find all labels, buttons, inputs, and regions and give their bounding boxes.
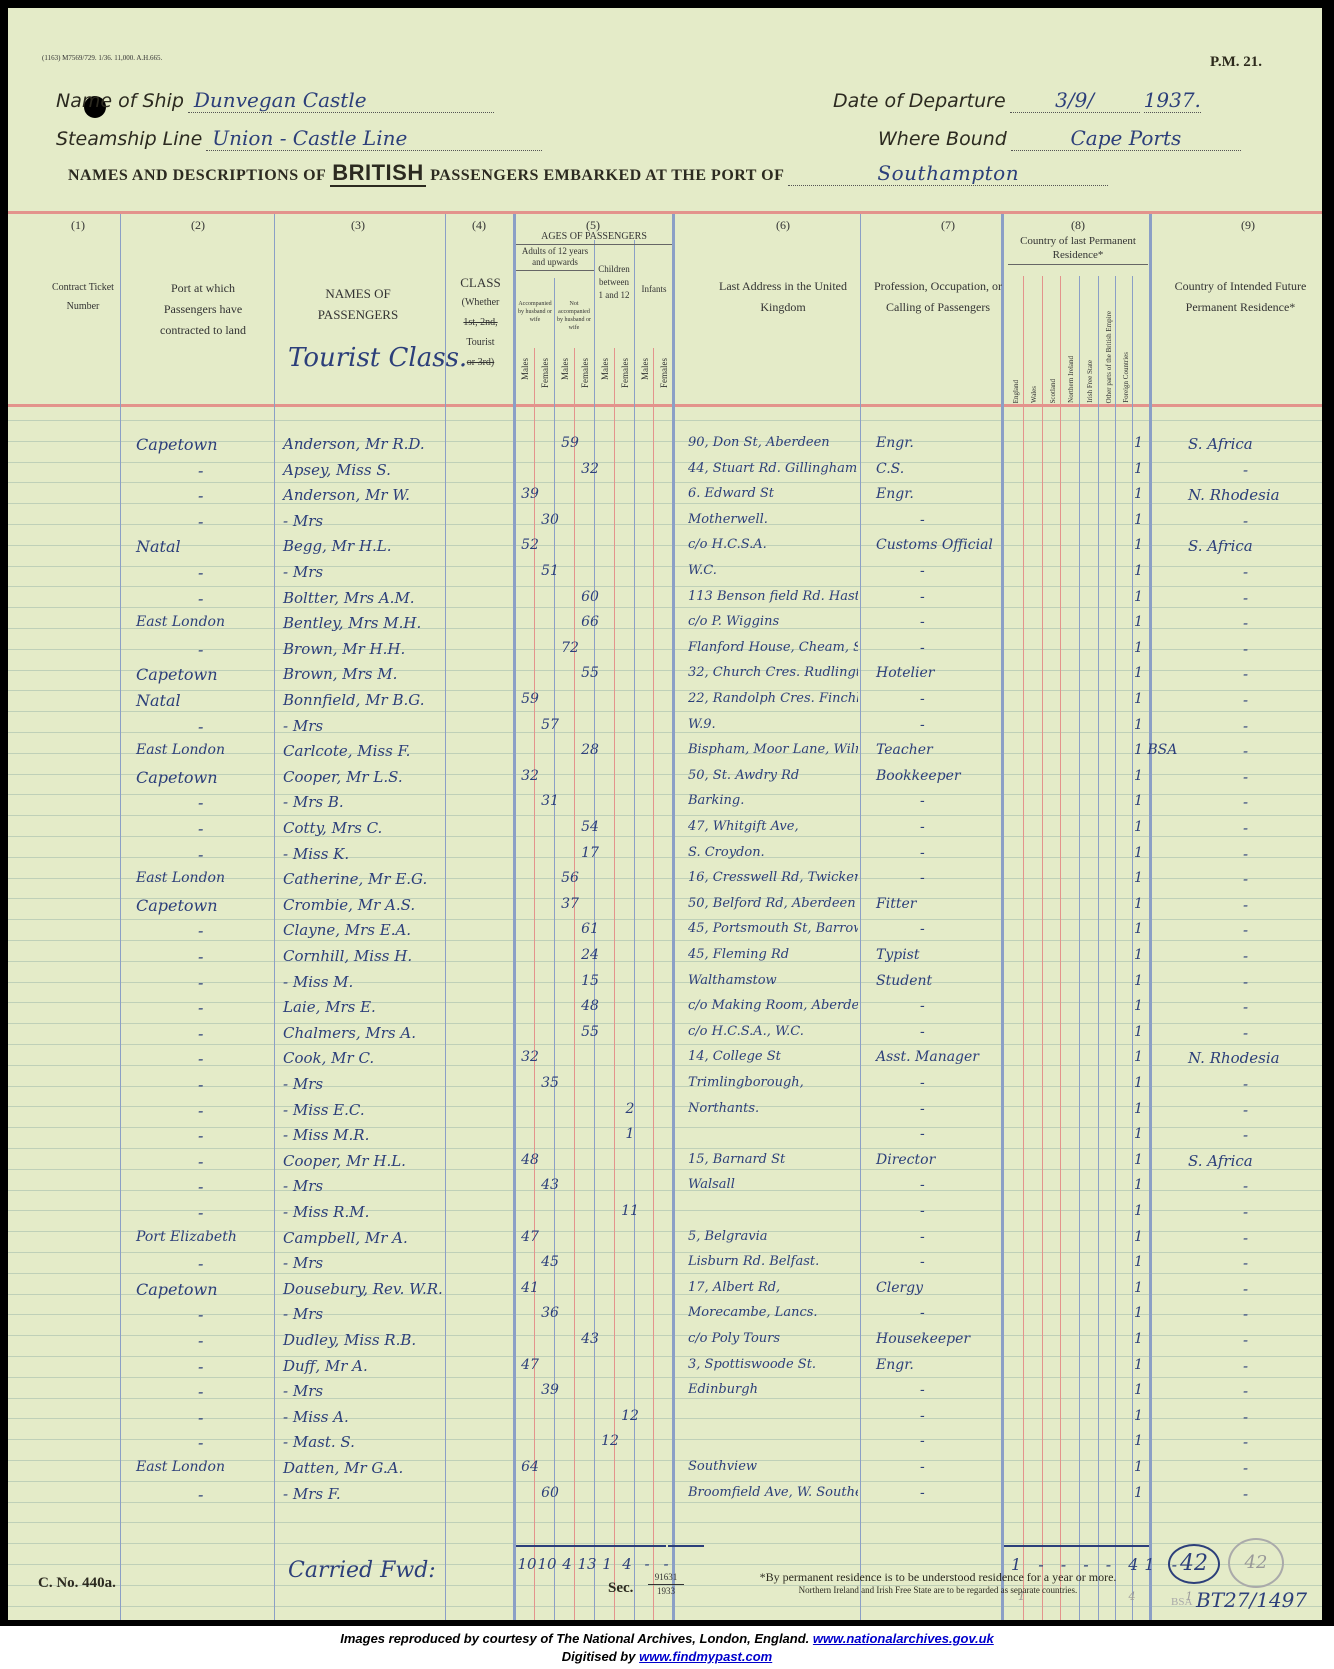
- passenger-age: 55: [580, 1024, 600, 1040]
- port-of-landing: East London: [136, 614, 225, 630]
- form-number: C. No. 440a.: [38, 1575, 116, 1592]
- last-address: c/o Making Room, Aberdeen: [688, 998, 858, 1013]
- ruled-line: [8, 420, 1322, 421]
- port-of-landing: Capetown: [136, 768, 218, 787]
- residence-subcol: [1079, 276, 1080, 1620]
- col2-number: (2): [178, 218, 218, 233]
- occupation: Director: [876, 1152, 935, 1168]
- passenger-name: Anderson, Mr W.: [283, 486, 410, 504]
- passenger-name: Catherine, Mr E.G.: [283, 870, 427, 888]
- steamship-line-field: Steamship Line Union - Castle Line: [56, 126, 542, 151]
- residence-mark: 1: [1134, 998, 1143, 1014]
- last-address: W.C.: [688, 563, 858, 578]
- residence-mark: 1: [1134, 973, 1143, 989]
- passenger-name: Campbell, Mr A.: [283, 1229, 408, 1247]
- residence-col-label: Other parts of the British Empire: [1105, 311, 1113, 403]
- ruled-line: [8, 1065, 1322, 1066]
- col-divider: [513, 214, 516, 1620]
- passenger-age: 24: [580, 947, 600, 963]
- passenger-name: Carlcote, Miss F.: [283, 742, 410, 760]
- passenger-name: Bonnfield, Mr B.G.: [283, 691, 425, 709]
- circled-total-faint: 42: [1228, 1538, 1284, 1588]
- ruled-line: [8, 1314, 1322, 1315]
- females-label: Females: [580, 358, 590, 388]
- passenger-age: 59: [520, 691, 540, 707]
- ruled-line: [8, 1127, 1322, 1128]
- last-address: Walsall: [688, 1177, 858, 1192]
- occupation: -: [920, 1229, 925, 1245]
- ruled-line: [8, 794, 1322, 795]
- residence-mark: 1: [1134, 921, 1143, 937]
- last-address: 113 Benson field Rd. Hastings: [688, 589, 858, 604]
- ruled-line: [8, 732, 1322, 733]
- last-address: Flanford House, Cheam, Surrey: [688, 640, 858, 655]
- passenger-age: 47: [520, 1357, 540, 1373]
- ruled-line: [8, 503, 1322, 504]
- last-address: 45, Fleming Rd: [688, 947, 858, 962]
- passenger-name: Cooper, Mr H.L.: [283, 1152, 406, 1170]
- residence-mark: 1: [1134, 537, 1143, 553]
- port-of-landing: -: [198, 1357, 203, 1376]
- col-divider: [1149, 214, 1152, 1620]
- last-address: 50, Belford Rd, Aberdeen: [688, 896, 858, 911]
- last-address: 22, Randolph Cres. Finchley: [688, 691, 858, 706]
- occupation: -: [920, 512, 925, 528]
- last-address: 6. Edward St: [688, 486, 858, 501]
- passenger-name: Boltter, Mrs A.M.: [283, 589, 415, 607]
- passenger-name: - Miss M.: [283, 973, 353, 991]
- ruled-line: [8, 1106, 1322, 1107]
- occupation: Fitter: [876, 896, 916, 912]
- port-of-landing: Natal: [136, 691, 181, 710]
- occupation: -: [920, 1485, 925, 1501]
- occupation: Engr.: [876, 1357, 914, 1373]
- future-residence: -: [1243, 1331, 1248, 1349]
- residence-mark: 1: [1134, 512, 1143, 528]
- occupation: -: [920, 793, 925, 809]
- future-residence: -: [1243, 1177, 1248, 1195]
- ruled-line: [8, 1002, 1322, 1003]
- passenger-age: 15: [580, 973, 600, 989]
- residence-mark: 1: [1134, 1203, 1143, 1219]
- class-note: Tourist Class.: [288, 343, 467, 373]
- last-address: Morecambe, Lancs.: [688, 1305, 858, 1320]
- future-residence: -: [1243, 461, 1248, 479]
- passenger-age: 43: [580, 1331, 600, 1347]
- future-residence: -: [1243, 1305, 1248, 1323]
- port-of-landing: -: [198, 845, 203, 864]
- ruled-line: [8, 1044, 1322, 1045]
- departure-date-value: 3/9/: [1010, 88, 1140, 113]
- passenger-age: 59: [560, 435, 580, 451]
- port-of-landing: -: [198, 589, 203, 608]
- port-of-landing: -: [198, 1075, 203, 1094]
- future-residence: -: [1243, 1433, 1248, 1451]
- ruled-line: [8, 1439, 1322, 1440]
- occupation: Clergy: [876, 1280, 923, 1296]
- port-of-landing: -: [198, 1433, 203, 1452]
- credit-text: Images reproduced by courtesy of The Nat…: [340, 1631, 809, 1646]
- passenger-age: 17: [580, 845, 600, 861]
- port-of-landing: -: [198, 1024, 203, 1043]
- passenger-name: Brown, Mrs M.: [283, 665, 397, 683]
- passenger-age: 64: [520, 1459, 540, 1475]
- totals-rule: [516, 1545, 666, 1547]
- ruled-line: [8, 857, 1322, 858]
- residence-mark: 1: [1134, 1305, 1143, 1321]
- age-total: 10: [537, 1555, 557, 1573]
- future-residence: -: [1243, 998, 1248, 1016]
- sec-number: 91631 1933: [648, 1571, 684, 1598]
- national-archives-link[interactable]: www.nationalarchives.gov.uk: [813, 1631, 994, 1646]
- port-of-landing: Capetown: [136, 896, 218, 915]
- passenger-name: Chalmers, Mrs A.: [283, 1024, 416, 1042]
- residence-mark: 1: [1134, 870, 1143, 886]
- residence-col-label: England: [1012, 380, 1020, 403]
- ruled-line: [8, 982, 1322, 983]
- occupation: -: [920, 1075, 925, 1091]
- occupation: Housekeeper: [876, 1331, 970, 1347]
- future-residence: -: [1243, 819, 1248, 837]
- port-of-landing: -: [198, 486, 203, 505]
- passenger-age: 66: [580, 614, 600, 630]
- ruled-line: [8, 1606, 1322, 1607]
- occupation: -: [920, 1459, 925, 1475]
- port-of-landing: East London: [136, 1459, 225, 1475]
- passenger-age: 51: [540, 563, 560, 579]
- passenger-age: 72: [560, 640, 580, 656]
- last-address: S. Croydon.: [688, 845, 858, 860]
- occupation: Bookkeeper: [876, 768, 961, 784]
- residence-col-label: Northern Ireland: [1067, 356, 1075, 403]
- residence-mark: 1 BSA: [1134, 742, 1177, 758]
- port-of-landing: -: [198, 563, 203, 582]
- future-residence: -: [1243, 1101, 1248, 1119]
- port-of-landing: -: [198, 947, 203, 966]
- passenger-name: - Mrs: [283, 1305, 323, 1323]
- circled-total: 42: [1168, 1544, 1220, 1584]
- accompanied-header: Accompanied by husband or wife: [516, 300, 554, 324]
- findmypast-link[interactable]: www.findmypast.com: [639, 1649, 772, 1664]
- residence-subcol: [1132, 276, 1133, 1620]
- passenger-name: Begg, Mr H.L.: [283, 537, 392, 555]
- passenger-age: 48: [520, 1152, 540, 1168]
- age-total: 1: [597, 1555, 617, 1573]
- passenger-name: - Mrs: [283, 1254, 323, 1272]
- passenger-name: - Miss A.: [283, 1408, 349, 1426]
- col-divider: [120, 214, 121, 1620]
- port-of-landing: -: [198, 998, 203, 1017]
- males-label: Males: [520, 358, 530, 380]
- col-divider: [445, 214, 446, 1620]
- residence-subcol: [1115, 276, 1116, 1620]
- occupation: Asst. Manager: [876, 1049, 979, 1065]
- port-of-landing: -: [198, 640, 203, 659]
- last-address: 14, College St: [688, 1049, 858, 1064]
- british-title: BRITISH: [330, 160, 426, 187]
- residence-mark: 1: [1134, 691, 1143, 707]
- col2-header: Port at which Passengers have contracted…: [148, 278, 258, 341]
- port-of-landing: East London: [136, 870, 225, 886]
- ruled-line: [8, 1398, 1322, 1399]
- future-residence: -: [1243, 589, 1248, 607]
- passenger-age: 52: [520, 537, 540, 553]
- ruled-line: [8, 1356, 1322, 1357]
- port-of-landing: -: [198, 1203, 203, 1222]
- residence-mark: 1: [1134, 1408, 1143, 1424]
- passenger-age: 31: [540, 793, 560, 809]
- passenger-age: 28: [580, 742, 600, 758]
- residence-mark: 1: [1134, 1254, 1143, 1270]
- residence-mark: 1: [1134, 947, 1143, 963]
- passenger-age: 61: [580, 921, 600, 937]
- col3-header: NAMES OF PASSENGERS: [308, 283, 408, 325]
- residence-mark: 1: [1134, 1280, 1143, 1296]
- port-of-landing: Capetown: [136, 435, 218, 454]
- passenger-name: Cook, Mr C.: [283, 1049, 374, 1067]
- passenger-name: Duff, Mr A.: [283, 1357, 368, 1375]
- ruled-line: [8, 711, 1322, 712]
- residence-mark: 1: [1134, 589, 1143, 605]
- ruled-line: [8, 462, 1322, 463]
- future-residence: S. Africa: [1188, 1152, 1253, 1170]
- passenger-name: Crombie, Mr A.S.: [283, 896, 415, 914]
- future-residence: -: [1243, 614, 1248, 632]
- col8-header: Country of last Permanent Residence*: [1008, 234, 1148, 265]
- passenger-age: 43: [540, 1177, 560, 1193]
- future-residence: S. Africa: [1188, 435, 1253, 453]
- last-address: Walthamstow: [688, 973, 858, 988]
- last-address: 50, St. Awdry Rd: [688, 768, 858, 783]
- col-divider: [672, 214, 675, 1620]
- occupation: -: [920, 870, 925, 886]
- future-residence: -: [1243, 563, 1248, 581]
- last-address: Broomfield Ave, W. Southerly: [688, 1485, 858, 1500]
- future-residence: -: [1243, 640, 1248, 658]
- ruled-line: [8, 1502, 1322, 1503]
- residence-mark: 1: [1134, 461, 1143, 477]
- passenger-age: 41: [520, 1280, 540, 1296]
- ship-name-value: Dunvegan Castle: [188, 88, 494, 113]
- residence-mark: 1: [1134, 793, 1143, 809]
- passenger-age: 54: [580, 819, 600, 835]
- ruled-line: [8, 566, 1322, 567]
- future-residence: N. Rhodesia: [1188, 486, 1280, 504]
- passenger-age: 11: [620, 1203, 640, 1219]
- future-residence: -: [1243, 1485, 1248, 1503]
- passenger-name: Laie, Mrs E.: [283, 998, 376, 1016]
- females-label: Females: [620, 358, 630, 388]
- form-title: NAMES AND DESCRIPTIONS OF BRITISH PASSEN…: [68, 160, 1108, 186]
- passenger-name: - Mrs: [283, 1382, 323, 1400]
- residence-mark: 1: [1134, 640, 1143, 656]
- age-total: 13: [577, 1555, 597, 1573]
- occupation: -: [920, 1126, 925, 1142]
- residence-subcol: [1098, 276, 1099, 1620]
- passenger-name: - Miss K.: [283, 845, 349, 863]
- residence-mark: 1: [1134, 896, 1143, 912]
- age-subcol: [653, 348, 654, 1620]
- ruled-line: [8, 649, 1322, 650]
- port-of-landing: -: [198, 1177, 203, 1196]
- future-residence: -: [1243, 1229, 1248, 1247]
- last-address: c/o Poly Tours: [688, 1331, 858, 1346]
- col1-number: (1): [58, 218, 98, 233]
- occupation: Hotelier: [876, 665, 934, 681]
- passenger-name: Bentley, Mrs M.H.: [283, 614, 421, 632]
- residence-col-label: Scotland: [1049, 379, 1057, 404]
- last-address: 44, Stuart Rd. Gillingham: [688, 461, 858, 476]
- residence-mark: 1: [1134, 1075, 1143, 1091]
- passenger-name: - Mrs B.: [283, 793, 344, 811]
- last-address: c/o P. Wiggins: [688, 614, 858, 629]
- residence-col-label: Irish Free State: [1086, 360, 1094, 403]
- ruled-line: [8, 1252, 1322, 1253]
- last-address: 47, Whitgift Ave,: [688, 819, 858, 834]
- passenger-age: 37: [560, 896, 580, 912]
- ruled-line: [8, 836, 1322, 837]
- port-of-landing: -: [198, 1382, 203, 1401]
- residence-mark: 1: [1134, 819, 1143, 835]
- credit-text: Digitised by: [562, 1649, 636, 1664]
- ruled-line: [8, 1023, 1322, 1024]
- port-of-landing: -: [198, 1305, 203, 1324]
- passenger-age: 39: [520, 486, 540, 502]
- ruled-line: [8, 919, 1322, 920]
- footnote-ireland: Northern Ireland and Irish Free State ar…: [708, 1585, 1168, 1595]
- ruled-line: [8, 545, 1322, 546]
- last-address: W.9.: [688, 717, 858, 732]
- future-residence: N. Rhodesia: [1188, 1049, 1280, 1067]
- col1-header: Contract Ticket Number: [48, 278, 118, 316]
- passenger-age: 55: [580, 665, 600, 681]
- occupation: -: [920, 717, 925, 733]
- residence-mark: 1: [1134, 768, 1143, 784]
- col4-number: (4): [459, 218, 499, 233]
- ruled-line: [8, 1148, 1322, 1149]
- future-residence: -: [1243, 1357, 1248, 1375]
- passenger-age: 12: [600, 1433, 620, 1449]
- passenger-age: 32: [580, 461, 600, 477]
- col-divider: [1001, 214, 1004, 1620]
- port-of-landing: -: [198, 512, 203, 531]
- passenger-name: Brown, Mr H.H.: [283, 640, 405, 658]
- port-of-landing: Natal: [136, 537, 181, 556]
- residence-mark: 1: [1134, 717, 1143, 733]
- ruled-line: [8, 1086, 1322, 1087]
- females-label: Females: [659, 358, 669, 388]
- passenger-name: - Miss R.M.: [283, 1203, 369, 1221]
- occupation: -: [920, 1203, 925, 1219]
- passenger-age: 1: [620, 1126, 640, 1142]
- last-address: 17, Albert Rd,: [688, 1280, 858, 1295]
- residence-mark: 1: [1134, 1459, 1143, 1475]
- form-code: P.M. 21.: [1210, 54, 1262, 71]
- col8-number: (8): [1058, 218, 1098, 233]
- ruled-line: [8, 607, 1322, 608]
- future-residence: -: [1243, 1408, 1248, 1426]
- future-residence: S. Africa: [1188, 537, 1253, 555]
- last-address: Trimlingborough,: [688, 1075, 858, 1090]
- port-of-landing: Port Elizabeth: [136, 1229, 237, 1245]
- residence-mark: 1: [1134, 1433, 1143, 1449]
- residence-mark: 1: [1134, 1357, 1143, 1373]
- ruled-line: [8, 815, 1322, 816]
- residence-subcol: [1042, 276, 1043, 1620]
- age-subcol: [554, 278, 555, 1620]
- future-residence: -: [1243, 717, 1248, 735]
- age-total: 10: [517, 1555, 537, 1573]
- occupation: -: [920, 1177, 925, 1193]
- col-divider: [860, 214, 861, 1620]
- passenger-name: Dousebury, Rev. W.R.: [283, 1280, 443, 1298]
- occupation: -: [920, 1382, 925, 1398]
- last-address: c/o H.C.S.A.: [688, 537, 858, 552]
- last-address: Barking.: [688, 793, 858, 808]
- port-of-landing: -: [198, 973, 203, 992]
- header-top-rule: [8, 211, 1322, 214]
- residence-mark: 1: [1134, 665, 1143, 681]
- adults-header: Adults of 12 years and upwards: [516, 246, 594, 271]
- port-of-landing: -: [198, 1101, 203, 1120]
- residence-mark: 1: [1134, 845, 1143, 861]
- future-residence: -: [1243, 665, 1248, 683]
- last-address: Southview: [688, 1459, 858, 1474]
- last-address: 16, Cresswell Rd, Twickenham: [688, 870, 858, 885]
- passenger-name: - Mrs: [283, 512, 323, 530]
- port-of-landing: East London: [136, 742, 225, 758]
- passenger-age: 2: [620, 1101, 640, 1117]
- ruled-line: [8, 1481, 1322, 1482]
- future-residence: -: [1243, 1075, 1248, 1093]
- departure-date-field: Date of Departure 3/9/ 1937.: [833, 88, 1201, 113]
- passenger-age: 36: [540, 1305, 560, 1321]
- port-of-landing: -: [198, 819, 203, 838]
- occupation: -: [920, 1024, 925, 1040]
- passenger-age: 32: [520, 1049, 540, 1065]
- future-residence: -: [1243, 691, 1248, 709]
- future-residence: -: [1243, 512, 1248, 530]
- not-accompanied-header: Not accompanied by husband or wife: [555, 300, 593, 332]
- age-subcol: [574, 348, 575, 1620]
- where-bound-value: Cape Ports: [1011, 126, 1241, 151]
- residence-mark: 1: [1134, 1049, 1143, 1065]
- last-address: 45, Portsmouth St, Barrow in Furness: [688, 921, 858, 936]
- occupation: -: [920, 1254, 925, 1270]
- ruled-line: [8, 524, 1322, 525]
- last-address: 3, Spottiswoode St.: [688, 1357, 858, 1372]
- children-header: Children between 1 and 12: [596, 263, 632, 302]
- last-address: 32, Church Cres. Rudlington: [688, 665, 858, 680]
- age-subcol: [614, 348, 615, 1620]
- credits-band: Images reproduced by courtesy of The Nat…: [0, 1626, 1334, 1669]
- port-of-landing: -: [198, 921, 203, 940]
- future-residence: -: [1243, 1459, 1248, 1477]
- port-of-landing: -: [198, 1254, 203, 1273]
- ruled-line: [8, 586, 1322, 587]
- steamship-line-value: Union - Castle Line: [206, 126, 542, 151]
- ruled-line: [8, 1335, 1322, 1336]
- passenger-age: 32: [520, 768, 540, 784]
- occupation: -: [920, 921, 925, 937]
- occupation: -: [920, 1101, 925, 1117]
- future-residence: -: [1243, 742, 1248, 760]
- future-residence: -: [1243, 870, 1248, 888]
- last-address: 90, Don St, Aberdeen: [688, 435, 858, 450]
- print-reference: (1163) M7569/729. 1/36. 11,000. A.H.665.: [42, 54, 162, 62]
- residence-mark: 1: [1134, 1382, 1143, 1398]
- ship-name-field: Name of Ship Dunvegan Castle: [56, 88, 494, 113]
